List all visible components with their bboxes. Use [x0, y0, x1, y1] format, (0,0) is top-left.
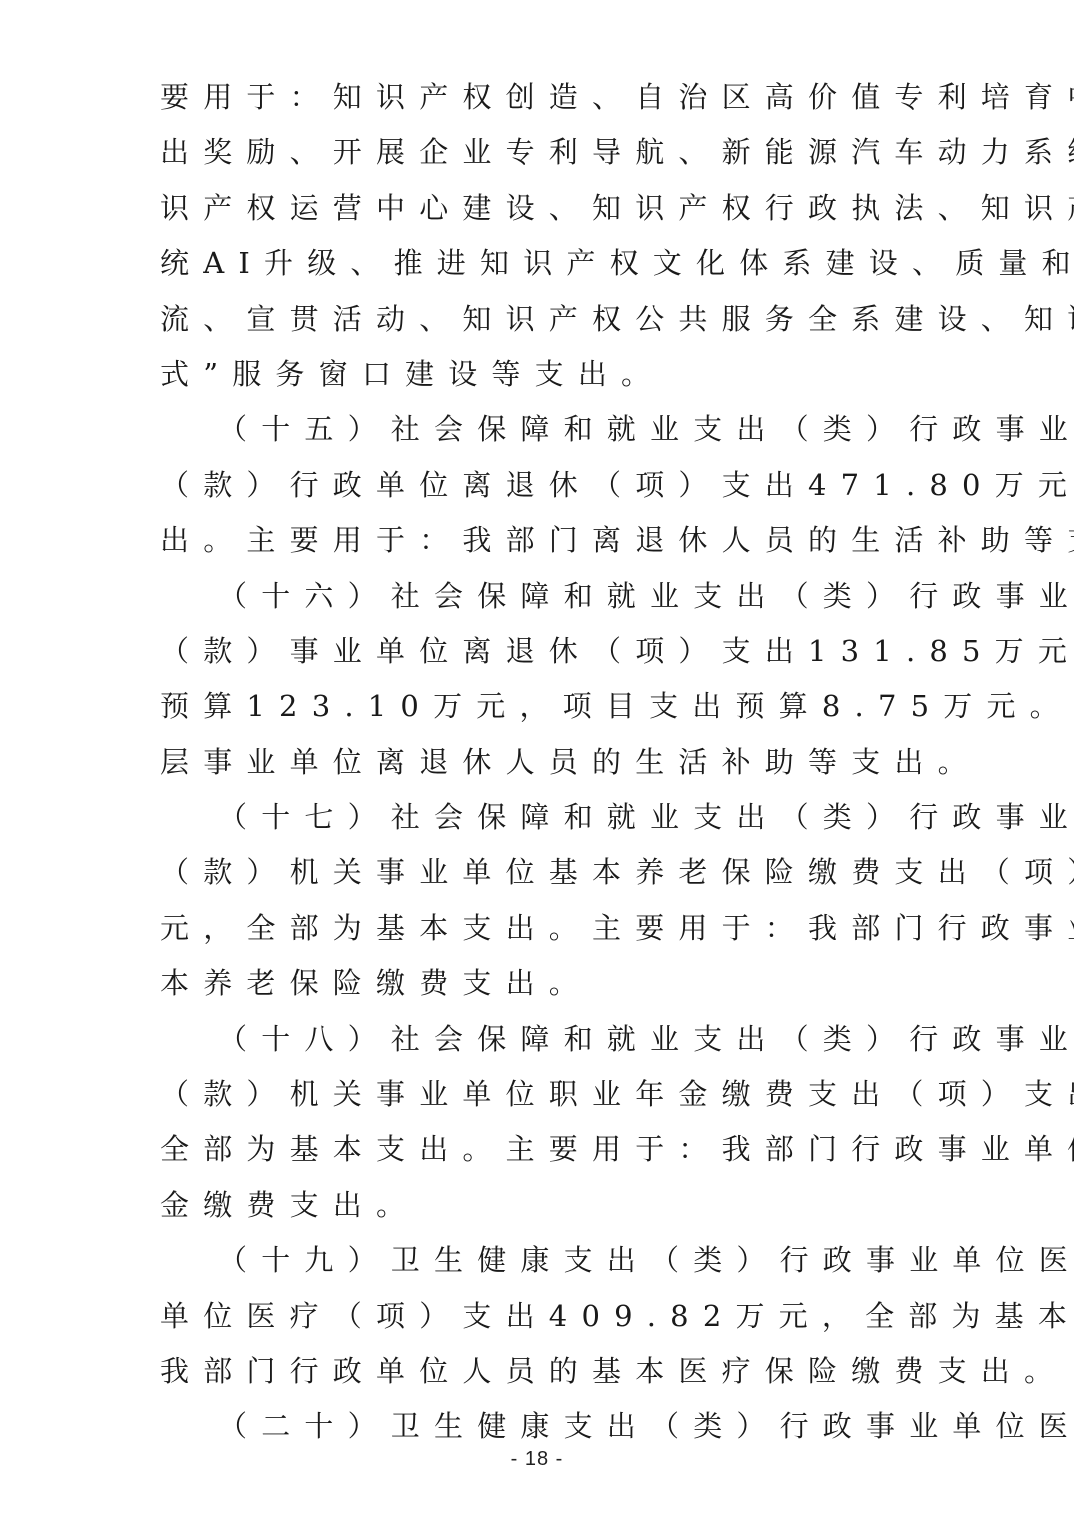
text-line: （款）行政单位离退休（项）支出471.80万元，全部为基本支: [160, 460, 940, 515]
page-number: - 18 -: [0, 1448, 1074, 1471]
text-line: 单位医疗（项）支出409.82万元，全部为基本支出。主要用于：: [160, 1291, 940, 1346]
text-line: 要用于：知识产权创造、自治区高价值专利培育中心建设成效突: [160, 72, 940, 127]
text-line: 出奖励、开展企业专利导航、新能源汽车动力系统与智能网联知: [160, 127, 940, 182]
text-line: 流、宣贯活动、知识产权公共服务全系建设、知识产权“一站: [160, 294, 940, 349]
text-line: 元，全部为基本支出。主要用于：我部门行政事业单位人员的基: [160, 903, 940, 958]
text-line: （款）机关事业单位基本养老保险缴费支出（项）支出830.01万: [160, 847, 940, 902]
text-line: 统AI升级、推进知识产权文化体系建设、质量和知识产权联席交: [160, 238, 940, 293]
text-line: （十八）社会保障和就业支出（类）行政事业单位养老支出: [160, 1014, 940, 1069]
text-line: （十九）卫生健康支出（类）行政事业单位医疗（款）行政: [160, 1235, 940, 1290]
text-line: （款）机关事业单位职业年金缴费支出（项）支出415.01万元，: [160, 1069, 940, 1124]
text-line: （十六）社会保障和就业支出（类）行政事业单位养老支出: [160, 571, 940, 626]
text-line: （款）事业单位离退休（项）支出131.85万元，其中：基本支出: [160, 626, 940, 681]
paragraph-continuation: 要用于：知识产权创造、自治区高价值专利培育中心建设成效突 出奖励、开展企业专利导…: [160, 72, 940, 404]
paragraph-item-19: （十九）卫生健康支出（类）行政事业单位医疗（款）行政 单位医疗（项）支出409.…: [160, 1235, 940, 1401]
document-page: 要用于：知识产权创造、自治区高价值专利培育中心建设成效突 出奖励、开展企业专利导…: [0, 0, 1074, 1520]
text-line: 层事业单位离退休人员的生活补助等支出。: [160, 737, 940, 792]
text-line: 预算123.10万元，项目支出预算8.75万元。主要用于：我部门二: [160, 681, 940, 736]
text-line: 本养老保险缴费支出。: [160, 958, 940, 1013]
text-line: 金缴费支出。: [160, 1180, 940, 1235]
body-text: 要用于：知识产权创造、自治区高价值专利培育中心建设成效突 出奖励、开展企业专利导…: [160, 72, 940, 1457]
paragraph-item-18: （十八）社会保障和就业支出（类）行政事业单位养老支出 （款）机关事业单位职业年金…: [160, 1014, 940, 1236]
text-line: 出。主要用于：我部门离退休人员的生活补助等支出。: [160, 515, 940, 570]
paragraph-item-16: （十六）社会保障和就业支出（类）行政事业单位养老支出 （款）事业单位离退休（项）…: [160, 571, 940, 793]
text-line: （十七）社会保障和就业支出（类）行政事业单位养老支出: [160, 792, 940, 847]
text-line: 式”服务窗口建设等支出。: [160, 349, 940, 404]
paragraph-item-15: （十五）社会保障和就业支出（类）行政事业单位养老支出 （款）行政单位离退休（项）…: [160, 404, 940, 570]
paragraph-item-17: （十七）社会保障和就业支出（类）行政事业单位养老支出 （款）机关事业单位基本养老…: [160, 792, 940, 1014]
text-line: 我部门行政单位人员的基本医疗保险缴费支出。: [160, 1346, 940, 1401]
text-line: 识产权运营中心建设、知识产权行政执法、知识产支信用监管系: [160, 183, 940, 238]
text-line: 全部为基本支出。主要用于：我部门行政事业单位人员的职业年: [160, 1124, 940, 1179]
text-line: （十五）社会保障和就业支出（类）行政事业单位养老支出: [160, 404, 940, 459]
